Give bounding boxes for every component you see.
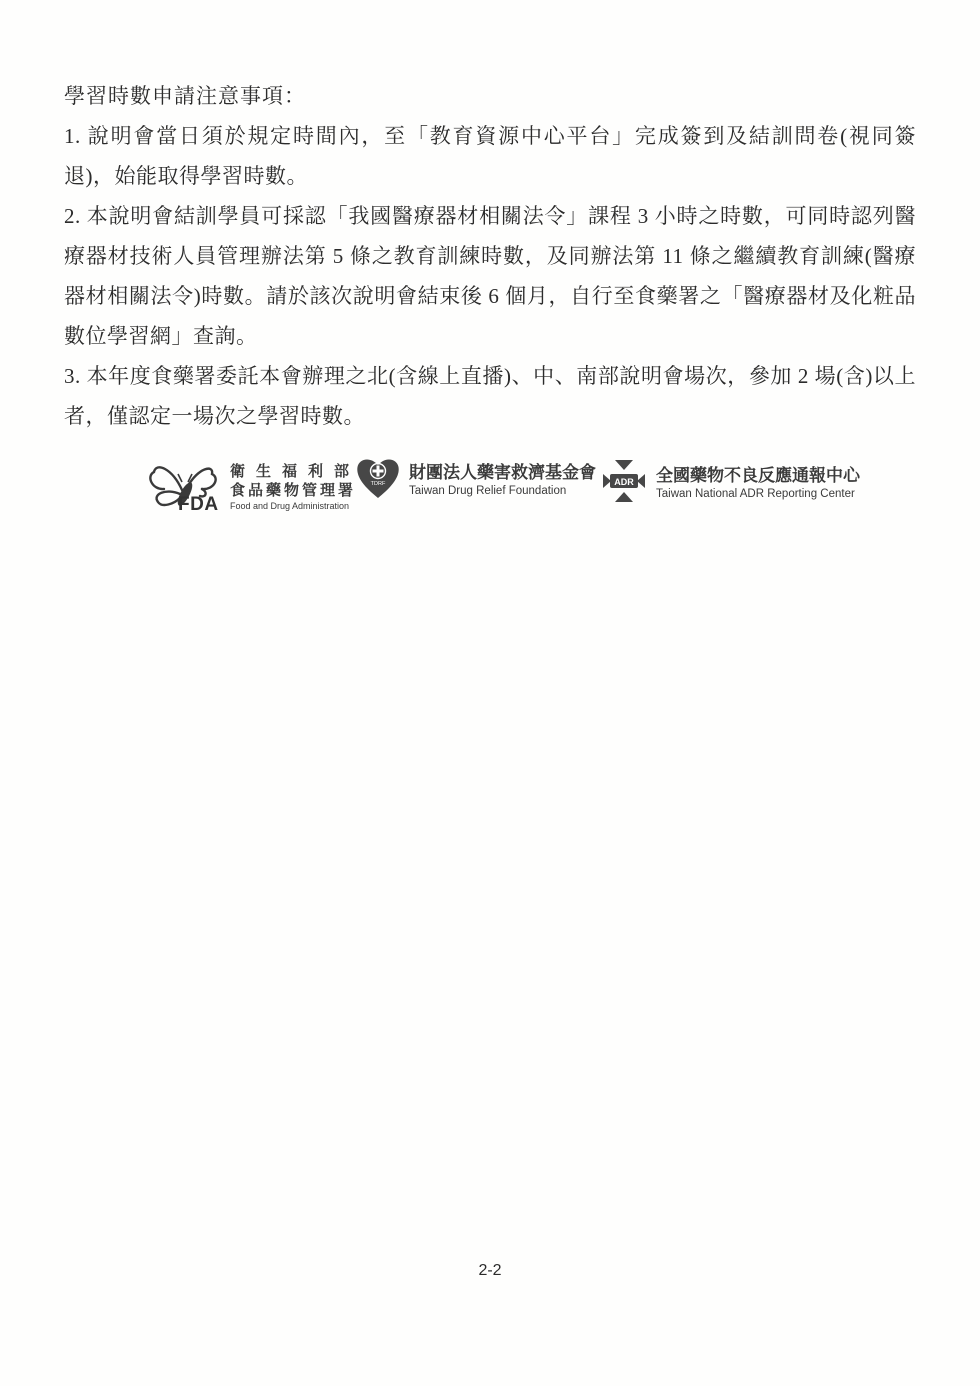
fda-line3: Food and Drug Administration <box>230 500 352 512</box>
tdrf-logo: TDRF 財團法人藥害救濟基金會 Taiwan Drug Relief Foun… <box>355 456 600 505</box>
adr-arrows-icon: ADR <box>600 456 648 511</box>
section-title: 學習時數申請注意事項： <box>64 76 916 116</box>
svg-text:TDRF: TDRF <box>371 481 386 487</box>
adr-line1: 全國藥物不良反應通報中心 <box>656 465 860 487</box>
note-item-2: 2. 本說明會結訓學員可採認「我國醫療器材相關法令」課程 3 小時之時數，可同時… <box>64 196 916 356</box>
tdrf-logo-text: 財團法人藥害救濟基金會 Taiwan Drug Relief Foundatio… <box>409 462 596 499</box>
fda-line2: 食品藥物管理署 <box>230 481 352 500</box>
document-page: 學習時數申請注意事項： 1. 說明會當日須於規定時間內，至「教育資源中心平台」完… <box>0 0 980 1386</box>
fda-logo: FDA 衛生福利部 食品藥物管理署 Food and Drug Administ… <box>148 456 355 518</box>
note-item-3: 3. 本年度食藥署委託本會辦理之北(含線上直播)、中、南部說明會場次，參加 2 … <box>64 356 916 436</box>
notes-section: 學習時數申請注意事項： 1. 說明會當日須於規定時間內，至「教育資源中心平台」完… <box>64 76 916 436</box>
fda-line1: 衛生福利部 <box>230 462 352 481</box>
note-item-1: 1. 說明會當日須於規定時間內，至「教育資源中心平台」完成簽到及結訓問卷(視同簽… <box>64 116 916 196</box>
heart-cross-icon: TDRF <box>355 456 401 505</box>
fda-logo-text: 衛生福利部 食品藥物管理署 Food and Drug Administrati… <box>230 462 352 512</box>
butterfly-icon: FDA <box>148 456 226 518</box>
svg-text:ADR: ADR <box>614 477 634 487</box>
page-number: 2-2 <box>0 1262 980 1280</box>
tdrf-line2: Taiwan Drug Relief Foundation <box>409 484 596 499</box>
footer-logos: FDA 衛生福利部 食品藥物管理署 Food and Drug Administ… <box>148 456 848 518</box>
tdrf-line1: 財團法人藥害救濟基金會 <box>409 462 596 484</box>
adr-line2: Taiwan National ADR Reporting Center <box>656 487 860 502</box>
adr-logo-text: 全國藥物不良反應通報中心 Taiwan National ADR Reporti… <box>656 465 860 502</box>
adr-logo: ADR 全國藥物不良反應通報中心 Taiwan National ADR Rep… <box>600 456 848 511</box>
fda-acronym-label: FDA <box>178 494 219 516</box>
